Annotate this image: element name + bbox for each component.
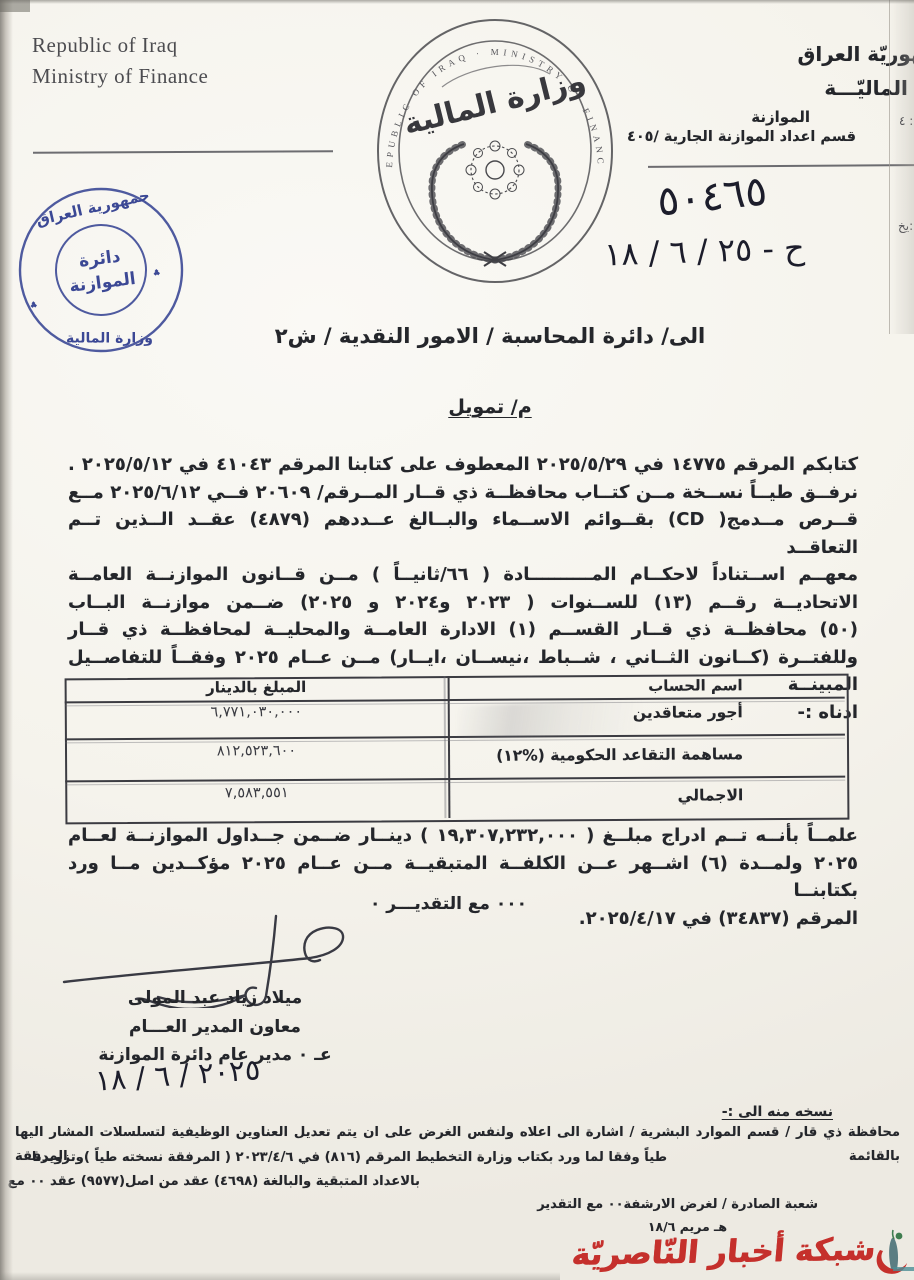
handwritten-date: ح - ٢٥ / ٦ / ١٨ — [603, 229, 805, 274]
copy-to-line2: طياً وفقا لما ورد بكتاب وزارة التخطيط ال… — [32, 1146, 667, 1170]
table-row-amount: ٧,٥٨٣,٥٥١ — [65, 784, 448, 802]
emblem-rosette — [466, 141, 524, 199]
stamp-center-line1: دائرة — [78, 247, 122, 272]
scan-edge-left — [0, 0, 13, 1280]
scan-corner-top-left — [0, 0, 30, 12]
clerk-initials-line: هـ مريم ١٨/٦ — [648, 1219, 727, 1234]
budget-department-label: الموازنة — [751, 108, 810, 126]
table-header-account: اسم الحساب — [452, 676, 843, 696]
arabic-header-rule — [648, 164, 914, 168]
body-line: نرفــق طيــاً نســخة مــن كتــاب محافظــ… — [68, 479, 858, 507]
emblem-svg: REPUBLIC OF IRAQ · MINISTRY OF FINANCE و… — [372, 12, 618, 291]
body-line: قــرص مــدمج( CD) بقــوائم الاســماء وال… — [68, 506, 858, 561]
table-row-amount: ٦,٧٧١,٠٣٠,٠٠٠ — [65, 703, 448, 721]
signatory-block: ميلاد زياد عبد المولى معاون المدير العــ… — [70, 988, 360, 1065]
amounts-table: اسم الحساب المبلغ بالدينار أجور متعاقدين… — [65, 674, 846, 821]
scan-edge-top — [0, 0, 914, 4]
addressee-line: الى/ دائرة المحاسبة / الامور النقدية / ش… — [130, 324, 850, 348]
body-line: معهــم اســتناداً لاحكــام المــــــــــ… — [68, 561, 858, 589]
outgoing-archive-line: شعبة الصادرة / لغرض الارشفة٠٠ مع التقدير — [537, 1197, 818, 1212]
english-header-rule — [33, 150, 333, 154]
stamp-center-line2: الموازنة — [68, 269, 137, 297]
table-row-account: الاجمالي — [452, 786, 843, 806]
table-row-account: مساهمة التقاعد الحكومية (%١٢) — [452, 745, 843, 765]
budget-section-label: قسم اعداد الموازنة الجارية /٤٠٥ — [627, 129, 856, 145]
signatory-title-deputy: معاون المدير العـــام — [70, 1017, 360, 1037]
english-ministry: Ministry of Finance — [32, 61, 208, 92]
stem-shape — [893, 1230, 894, 1239]
handwritten-outgoing-number: ٥٠٤٦٥ — [655, 166, 770, 225]
english-letterhead: Republic of Iraq Ministry of Finance — [32, 30, 208, 92]
ministry-emblem-seal: REPUBLIC OF IRAQ · MINISTRY OF FINANCE و… — [372, 12, 618, 291]
english-country: Republic of Iraq — [32, 30, 208, 61]
scanned-letter-page: Republic of Iraq Ministry of Finance REP… — [0, 0, 914, 1280]
table-row-amount: ٨١٢,٥٢٣,٦٠٠ — [65, 742, 448, 760]
emblem-laurel-wreath — [432, 144, 558, 266]
scan-edge-right — [889, 0, 914, 334]
body-line: كتابكم المرقم ١٤٧٧٥ في ٢٠٢٥/٥/٢٩ المعطوف… — [68, 451, 858, 479]
stamp-country-text: جمهورية العراق — [34, 186, 151, 230]
signatory-name: ميلاد زياد عبد المولى — [70, 988, 360, 1008]
leaf-shape — [896, 1233, 903, 1240]
body-line: (٥٠) محافظــة ذي قــار القســم (١) الادا… — [68, 616, 858, 644]
signoff-line: ٠٠٠ مع التقديـــر ٠ — [370, 894, 527, 914]
body-line: الاتحاديــة رقــم (١٣) للســنوات ( ٢٠٢٣ … — [68, 589, 858, 617]
table-header-amount: المبلغ بالدينار — [65, 677, 448, 697]
copy-to-line3: بالاعداد المتبقية والبالغة (٤٦٩٨) عقد من… — [0, 1170, 420, 1194]
monument-shape — [889, 1238, 898, 1269]
scan-edge-bottom — [0, 1272, 560, 1280]
closing-line: علمــاً بأنــه تــم ادراج مبلــغ ( ١٩,٣٠… — [68, 822, 858, 850]
subject-line: م/ تمويل — [130, 396, 850, 418]
copy-to-heading: نسخه منه الى :- — [722, 1104, 833, 1120]
stamp-inner-circle — [51, 220, 151, 320]
stamp-ornament-right: ؞ — [152, 268, 162, 286]
scan-artifact-teal — [893, 1267, 914, 1271]
news-network-watermark: شبكة أخبار النّاصريّة — [570, 1231, 877, 1272]
stamp-ornament-left: ؞ — [29, 300, 39, 318]
